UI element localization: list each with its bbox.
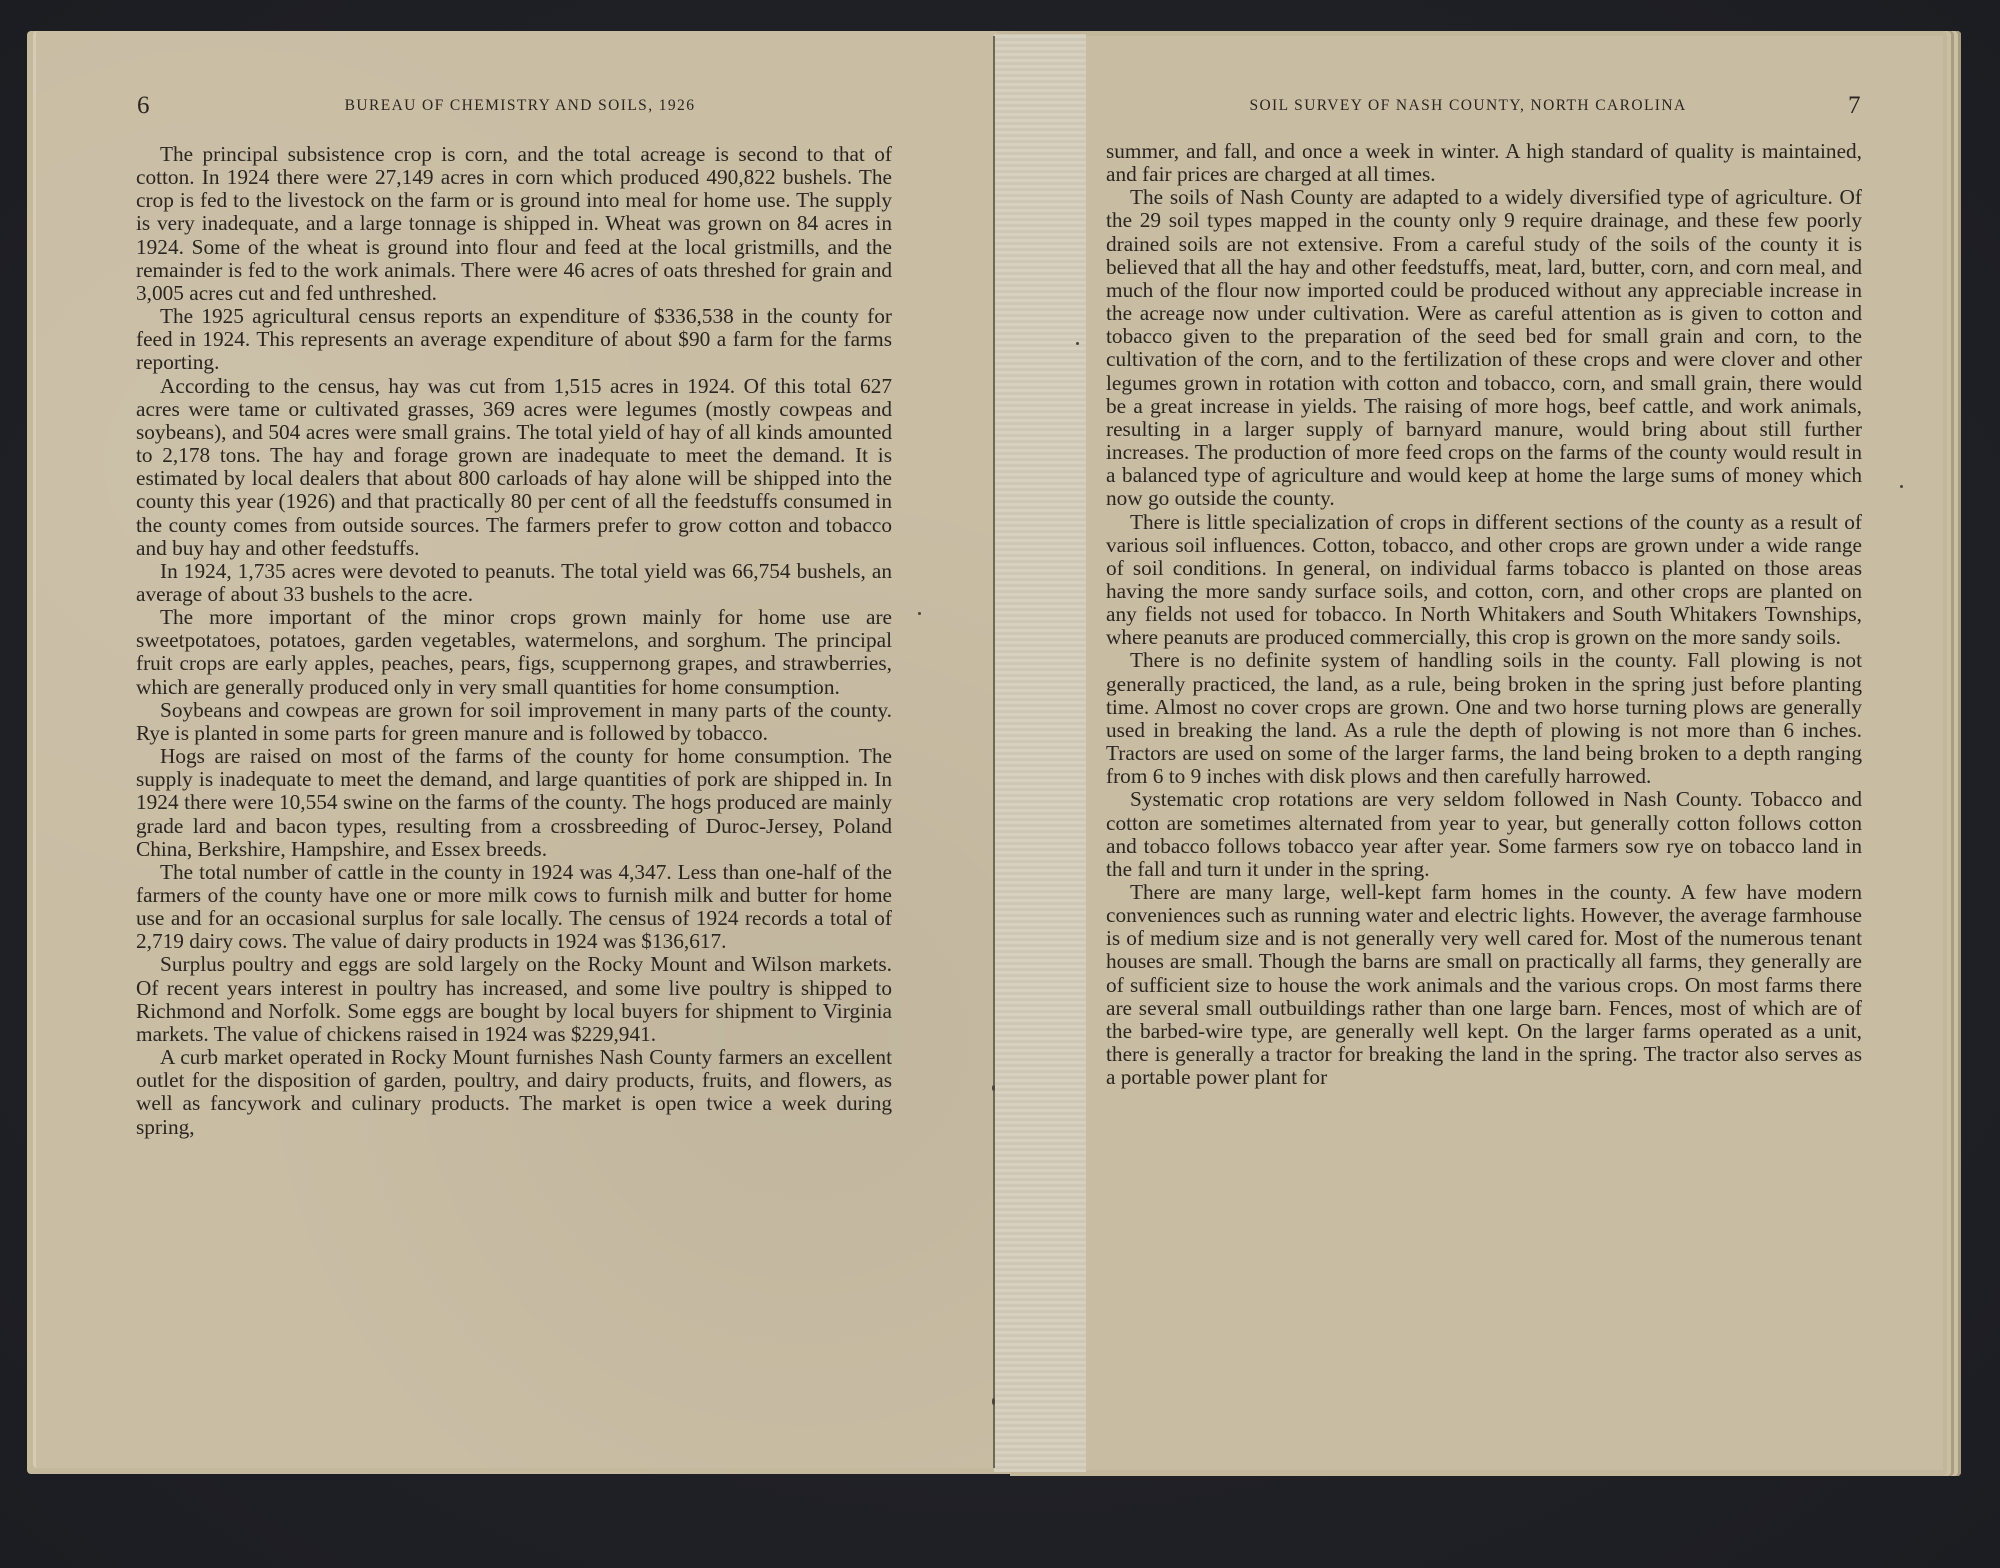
paragraph-crop-specialization: There is little specialization of crops … [1106, 511, 1862, 650]
paragraph-curb-market: A curb market operated in Rocky Mount fu… [136, 1046, 892, 1139]
paragraph-soil-handling: There is no definite system of handling … [1106, 649, 1862, 788]
left-page-number: 6 [137, 92, 150, 120]
scanned-book-spread: 6 BUREAU OF CHEMISTRY AND SOILS, 1926 SO… [0, 0, 2000, 1568]
paper-speck [992, 1398, 995, 1405]
paragraph-crop-rotation: Systematic crop rotations are very seldo… [1106, 788, 1862, 881]
paragraph-soil-adaptation: The soils of Nash County are adapted to … [1106, 186, 1862, 510]
spine-binding-tape [994, 34, 1086, 1472]
paper-speck [992, 1085, 995, 1091]
paragraph-minor-crops: The more important of the minor crops gr… [136, 606, 892, 699]
paragraph-cattle: The total number of cattle in the county… [136, 861, 892, 954]
paragraph-farm-homes: There are many large, well-kept farm hom… [1106, 881, 1862, 1089]
paper-speck [1076, 342, 1079, 345]
paragraph-hay: According to the census, hay was cut fro… [136, 375, 892, 560]
paragraph-feed-expenditure: The 1925 agricultural census reports an … [136, 305, 892, 374]
paragraph-continuation: summer, and fall, and once a week in win… [1106, 140, 1862, 186]
paper-speck [918, 612, 921, 615]
paragraph-soybeans: Soybeans and cowpeas are grown for soil … [136, 699, 892, 745]
right-page-body: summer, and fall, and once a week in win… [1106, 140, 1862, 1089]
spine-fold-line [993, 36, 995, 1468]
right-running-head: SOIL SURVEY OF NASH COUNTY, NORTH CAROLI… [1168, 97, 1768, 115]
left-page-body: The principal subsistence crop is corn, … [136, 143, 892, 1139]
paragraph-corn: The principal subsistence crop is corn, … [136, 143, 892, 305]
paragraph-peanuts: In 1924, 1,735 acres were devoted to pea… [136, 560, 892, 606]
paragraph-hogs: Hogs are raised on most of the farms of … [136, 745, 892, 861]
right-page-number: 7 [1848, 92, 1861, 120]
paragraph-poultry: Surplus poultry and eggs are sold largel… [136, 953, 892, 1046]
left-running-head: BUREAU OF CHEMISTRY AND SOILS, 1926 [285, 97, 755, 115]
paper-speck [1900, 485, 1903, 488]
